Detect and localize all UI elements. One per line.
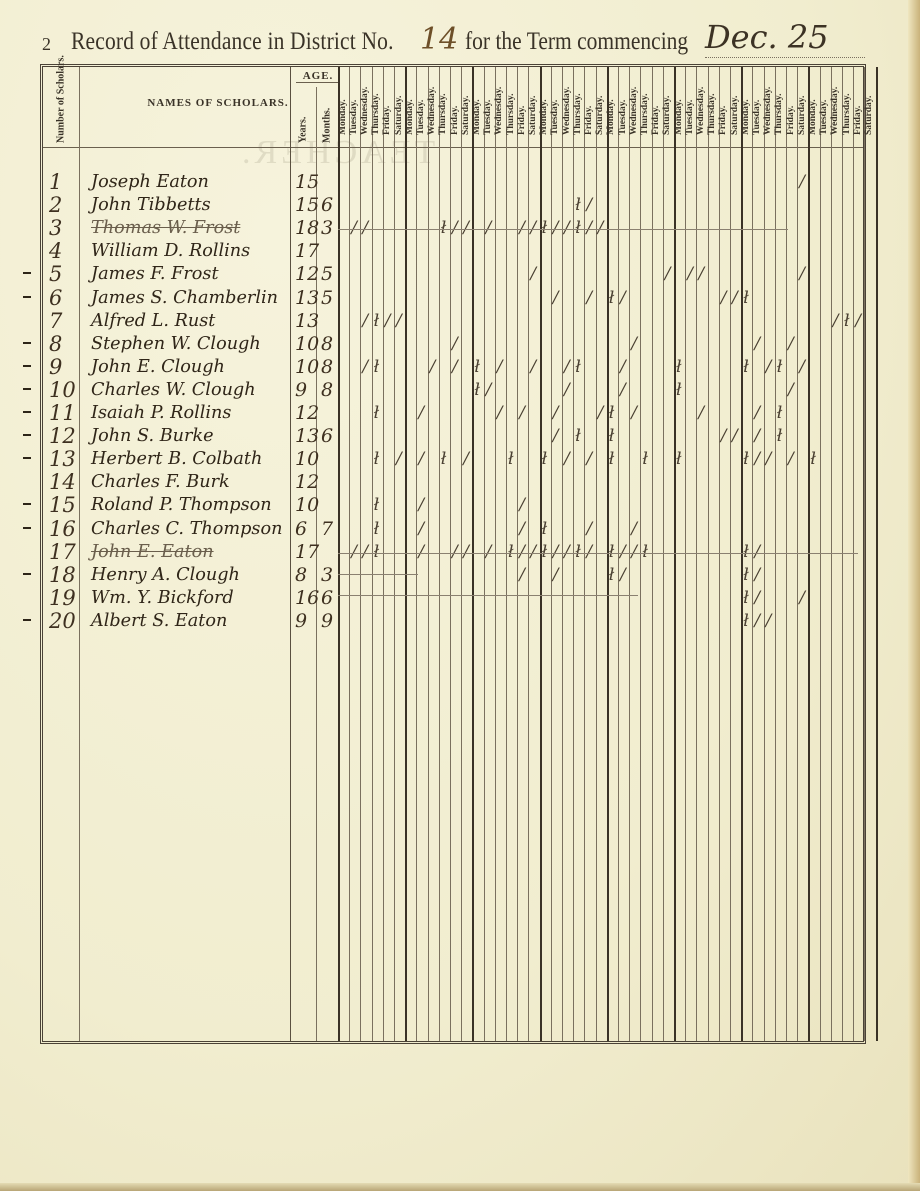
scholar-name: Thomas W. Frost: [91, 217, 287, 239]
day-label: Monday.: [539, 99, 549, 135]
attendance-mark: /: [754, 426, 760, 446]
table-row: 6James S. Chamberlin135: [43, 287, 863, 309]
attendance-mark: /: [463, 542, 469, 562]
attendance-mark: ł: [374, 495, 380, 515]
scholar-name: Roland P. Thompson: [91, 494, 287, 516]
scholar-number: 9: [49, 356, 75, 378]
attendance-mark: /: [833, 311, 839, 331]
day-header: Monday.: [338, 71, 349, 145]
margin-tick: [23, 388, 31, 390]
attendance-mark: ł: [676, 449, 682, 469]
attendance-mark: /: [418, 542, 424, 562]
table-row: 5James F. Frost125: [43, 263, 863, 285]
attendance-mark: ł: [374, 357, 380, 377]
day-label: Wednesday.: [830, 87, 840, 135]
margin-tick: [23, 411, 31, 413]
attendance-mark: ł: [374, 519, 380, 539]
scholar-number: 13: [49, 448, 75, 470]
day-header: Monday.: [808, 71, 819, 145]
attendance-mark: ł: [777, 357, 783, 377]
attendance-mark: ł: [810, 449, 816, 469]
attendance-mark: /: [631, 334, 637, 354]
attendance-mark: ł: [374, 449, 380, 469]
scholar-number: 6: [49, 287, 75, 309]
day-header: Thursday.: [640, 71, 651, 145]
attendance-mark: /: [766, 449, 772, 469]
attendance-mark: /: [586, 288, 592, 308]
attendance-mark: /: [855, 311, 861, 331]
table-row: 1Joseph Eaton15: [43, 171, 863, 193]
scholar-name: William D. Rollins: [91, 240, 287, 262]
age-months: 8: [321, 333, 341, 355]
attendance-mark: /: [553, 565, 559, 585]
attendance-mark: ł: [676, 380, 682, 400]
day-header: Monday.: [472, 71, 483, 145]
attendance-mark: /: [620, 380, 626, 400]
attendance-mark: /: [519, 542, 525, 562]
attendance-mark: /: [486, 218, 492, 238]
age-years: 18: [295, 217, 321, 239]
attendance-mark: /: [553, 542, 559, 562]
attendance-mark: /: [452, 334, 458, 354]
age-years: 9: [295, 610, 321, 632]
attendance-mark: ł: [575, 195, 581, 215]
months-header: Months.: [316, 67, 338, 147]
day-label: Tuesday.: [685, 100, 695, 135]
day-header: Tuesday.: [551, 71, 562, 145]
day-label: Tuesday.: [483, 100, 493, 135]
day-header: Saturday.: [461, 71, 472, 145]
attendance-mark: /: [418, 403, 424, 423]
attendance-mark: ł: [374, 403, 380, 423]
attendance-mark: /: [687, 264, 693, 284]
title-prefix: Record of Attendance in District No.: [71, 28, 394, 56]
day-label: Monday.: [338, 99, 348, 135]
attendance-mark: ł: [508, 449, 514, 469]
attendance-mark: ł: [575, 542, 581, 562]
day-header: Friday.: [517, 71, 528, 145]
day-header: Friday.: [786, 71, 797, 145]
day-divider: [864, 67, 865, 1041]
day-header: Tuesday.: [752, 71, 763, 145]
margin-tick: [23, 527, 31, 529]
margin-tick: [23, 272, 31, 274]
attendance-mark: /: [721, 288, 727, 308]
day-label: Friday.: [718, 106, 728, 135]
age-years: 15: [295, 194, 321, 216]
attendance-mark: /: [799, 588, 805, 608]
day-header: Saturday.: [864, 71, 875, 145]
scholar-number: 1: [49, 171, 75, 193]
day-label: Friday.: [450, 106, 460, 135]
week-divider: [876, 67, 878, 1041]
attendance-mark: ł: [374, 542, 380, 562]
age-months: 5: [321, 287, 341, 309]
page-edge: [908, 0, 920, 1191]
attendance-mark: /: [631, 519, 637, 539]
day-label: Tuesday.: [819, 100, 829, 135]
scholar-name: John E. Clough: [91, 356, 287, 378]
day-label: Friday.: [786, 106, 796, 135]
scholar-number: 17: [49, 541, 75, 563]
table-row: 2John Tibbetts156: [43, 194, 863, 216]
attendance-mark: /: [564, 449, 570, 469]
day-header: Thursday.: [573, 71, 584, 145]
day-label: Wednesday.: [494, 87, 504, 135]
day-header: Monday.: [607, 71, 618, 145]
age-years: 10: [295, 333, 321, 355]
scholar-number: 5: [49, 263, 75, 285]
margin-tick: [23, 619, 31, 621]
scholar-number: 15: [49, 494, 75, 516]
day-label: Saturday.: [595, 96, 605, 135]
age-years: 12: [295, 402, 321, 424]
day-label: Thursday.: [506, 94, 516, 135]
day-label: Saturday.: [528, 96, 538, 135]
attendance-mark: /: [788, 380, 794, 400]
margin-tick: [23, 296, 31, 298]
attendance-mark: ł: [642, 449, 648, 469]
attendance-mark: /: [799, 357, 805, 377]
attendance-mark: /: [754, 542, 760, 562]
attendance-mark: ł: [743, 288, 749, 308]
header-rule: [43, 147, 863, 148]
age-years: 16: [295, 587, 321, 609]
margin-tick: [23, 503, 31, 505]
attendance-mark: /: [362, 357, 368, 377]
day-header: Monday.: [674, 71, 685, 145]
attendance-mark: /: [519, 495, 525, 515]
attendance-mark: /: [519, 218, 525, 238]
age-months: 6: [321, 425, 341, 447]
age-years: 12: [295, 471, 321, 493]
day-label: Friday.: [382, 106, 392, 135]
attendance-mark: /: [788, 449, 794, 469]
attendance-mark: /: [586, 218, 592, 238]
attendance-mark: ł: [743, 542, 749, 562]
age-years: 15: [295, 171, 321, 193]
day-label: Friday.: [517, 106, 527, 135]
table-row: 14Charles F. Burk12: [43, 471, 863, 493]
attendance-mark: /: [754, 449, 760, 469]
day-label: Saturday.: [730, 96, 740, 135]
age-years: 13: [295, 310, 321, 332]
day-header: Wednesday.: [696, 71, 707, 145]
attendance-mark: /: [519, 519, 525, 539]
names-of-scholars-header: NAMES OF SCHOLARS.: [118, 97, 318, 109]
attendance-mark: /: [463, 449, 469, 469]
day-label: Thursday.: [371, 94, 381, 135]
day-label: Thursday.: [774, 94, 784, 135]
attendance-mark: ł: [743, 565, 749, 585]
scholar-number: 4: [49, 240, 75, 262]
attendance-mark: ł: [609, 288, 615, 308]
day-header: Saturday.: [394, 71, 405, 145]
attendance-mark: /: [631, 403, 637, 423]
day-header: Wednesday.: [495, 71, 506, 145]
day-header: Friday.: [383, 71, 394, 145]
day-label: Tuesday.: [550, 100, 560, 135]
day-header: Tuesday.: [618, 71, 629, 145]
attendance-mark: /: [586, 519, 592, 539]
scholar-name: Charles F. Burk: [91, 471, 287, 493]
attendance-mark: /: [396, 311, 402, 331]
day-header: Wednesday.: [629, 71, 640, 145]
attendance-mark: /: [754, 588, 760, 608]
attendance-mark: ł: [609, 449, 615, 469]
day-label: Wednesday.: [562, 87, 572, 135]
age-months: 3: [321, 564, 341, 586]
scholar-number: 19: [49, 587, 75, 609]
attendance-mark: /: [553, 426, 559, 446]
term-commencing-date: Dec. 25: [705, 18, 829, 56]
table-row: 19Wm. Y. Bickford166: [43, 587, 863, 609]
day-label: Monday.: [674, 99, 684, 135]
day-label: Thursday.: [438, 94, 448, 135]
table-row: 7Alfred L. Rust13: [43, 310, 863, 332]
attendance-mark: /: [351, 218, 357, 238]
attendance-mark: /: [631, 542, 637, 562]
day-header: Wednesday.: [360, 71, 371, 145]
attendance-mark: ł: [743, 611, 749, 631]
attendance-mark: /: [766, 611, 772, 631]
scholar-name: Charles C. Thompson: [91, 518, 287, 540]
attendance-mark: /: [754, 611, 760, 631]
page-edge-bottom: [0, 1183, 920, 1191]
day-header: Friday.: [853, 71, 864, 145]
age-months: 3: [321, 217, 341, 239]
day-label: Wednesday.: [427, 87, 437, 135]
scholar-name: John Tibbetts: [91, 194, 287, 216]
age-years: 12: [295, 263, 321, 285]
attendance-mark: /: [564, 357, 570, 377]
pencil-line: [338, 553, 858, 554]
table-row: 18Henry A. Clough83: [43, 564, 863, 586]
attendance-mark: ł: [642, 542, 648, 562]
day-label: Saturday.: [864, 96, 874, 135]
age-years: 6: [295, 518, 321, 540]
scholar-name: Charles W. Clough: [91, 379, 287, 401]
day-header: Saturday.: [528, 71, 539, 145]
pencil-line: [338, 595, 638, 596]
attendance-mark: /: [620, 565, 626, 585]
scholar-name: James S. Chamberlin: [91, 287, 287, 309]
attendance-mark: /: [418, 519, 424, 539]
attendance-mark: ł: [542, 542, 548, 562]
attendance-mark: /: [530, 357, 536, 377]
table-row: 20Albert S. Eaton99: [43, 610, 863, 632]
attendance-mark: /: [452, 542, 458, 562]
attendance-mark: /: [530, 218, 536, 238]
scholar-name: James F. Frost: [91, 263, 287, 285]
attendance-mark: ł: [777, 426, 783, 446]
attendance-mark: ł: [542, 449, 548, 469]
district-number: 14: [420, 22, 458, 57]
scholar-number: 14: [49, 471, 75, 493]
attendance-mark: ł: [474, 380, 480, 400]
age-years: 10: [295, 356, 321, 378]
attendance-mark: /: [788, 334, 794, 354]
attendance-mark: ł: [609, 565, 615, 585]
attendance-mark: /: [497, 357, 503, 377]
attendance-mark: /: [351, 542, 357, 562]
scholar-name: Stephen W. Clough: [91, 333, 287, 355]
day-label: Thursday.: [707, 94, 717, 135]
day-header: Saturday.: [663, 71, 674, 145]
attendance-mark: /: [463, 218, 469, 238]
scholar-number: 11: [49, 402, 75, 424]
day-label: Wednesday.: [629, 87, 639, 135]
attendance-mark: /: [553, 403, 559, 423]
table-row: 10Charles W. Clough98: [43, 379, 863, 401]
attendance-mark: /: [620, 542, 626, 562]
day-label: Tuesday.: [416, 100, 426, 135]
table-row: 12John S. Burke136: [43, 425, 863, 447]
scholar-name: John E. Eaton: [91, 541, 287, 563]
day-label: Monday.: [472, 99, 482, 135]
attendance-mark: ł: [676, 357, 682, 377]
scholar-name: Henry A. Clough: [91, 564, 287, 586]
attendance-mark: ł: [575, 426, 581, 446]
attendance-register-table: Number of Scholars. NAMES OF SCHOLARS. A…: [40, 64, 866, 1044]
scholar-name: Isaiah P. Rollins: [91, 402, 287, 424]
pencil-line: [338, 229, 788, 230]
age-months: 6: [321, 587, 341, 609]
day-label: Tuesday.: [618, 100, 628, 135]
day-label: Thursday.: [640, 94, 650, 135]
attendance-mark: /: [430, 357, 436, 377]
age-years: 9: [295, 379, 321, 401]
attendance-mark: /: [799, 264, 805, 284]
attendance-mark: /: [553, 218, 559, 238]
scholar-number: 8: [49, 333, 75, 355]
day-label: Saturday.: [461, 96, 471, 135]
attendance-mark: /: [598, 403, 604, 423]
day-label: Thursday.: [842, 94, 852, 135]
scholar-number: 2: [49, 194, 75, 216]
attendance-mark: /: [665, 264, 671, 284]
scholar-number: 3: [49, 217, 75, 239]
table-row: 11Isaiah P. Rollins12: [43, 402, 863, 424]
attendance-mark: ł: [743, 357, 749, 377]
scholar-name: John S. Burke: [91, 425, 287, 447]
attendance-mark: /: [754, 403, 760, 423]
day-header: Wednesday.: [831, 71, 842, 145]
attendance-mark: /: [754, 565, 760, 585]
age-months: 8: [321, 356, 341, 378]
page-header: 2 Record of Attendance in District No. 1…: [38, 26, 868, 66]
day-header: Friday.: [450, 71, 461, 145]
age-months: 9: [321, 610, 341, 632]
attendance-mark: /: [721, 426, 727, 446]
attendance-mark: /: [362, 311, 368, 331]
scholar-name: Albert S. Eaton: [91, 610, 287, 632]
day-header: Friday.: [719, 71, 730, 145]
margin-tick: [23, 342, 31, 344]
day-label: Tuesday.: [349, 100, 359, 135]
attendance-mark: /: [754, 334, 760, 354]
day-label: Saturday.: [394, 96, 404, 135]
day-label: Friday.: [853, 106, 863, 135]
scholar-number: 7: [49, 310, 75, 332]
scholar-name: Alfred L. Rust: [91, 310, 287, 332]
title-middle: for the Term commencing: [465, 28, 688, 56]
attendance-mark: /: [553, 288, 559, 308]
age-years: 8: [295, 564, 321, 586]
attendance-mark: /: [396, 449, 402, 469]
attendance-mark: /: [732, 426, 738, 446]
attendance-mark: ł: [609, 403, 615, 423]
scholar-name: Joseph Eaton: [91, 171, 287, 193]
attendance-mark: /: [698, 264, 704, 284]
day-label: Saturday.: [662, 96, 672, 135]
day-label: Tuesday.: [752, 100, 762, 135]
attendance-mark: ł: [743, 449, 749, 469]
attendance-mark: ł: [441, 449, 447, 469]
day-header: Monday.: [405, 71, 416, 145]
age-months: 6: [321, 194, 341, 216]
table-row: 13Herbert B. Colbath10: [43, 448, 863, 470]
scholar-number: 12: [49, 425, 75, 447]
pencil-line: [338, 574, 418, 575]
age-years: 10: [295, 494, 321, 516]
day-header: Tuesday.: [685, 71, 696, 145]
scholar-number: 10: [49, 379, 75, 401]
attendance-mark: ł: [542, 519, 548, 539]
attendance-mark: /: [519, 403, 525, 423]
age-years: 13: [295, 287, 321, 309]
attendance-mark: /: [698, 403, 704, 423]
attendance-mark: /: [598, 218, 604, 238]
attendance-mark: ł: [609, 426, 615, 446]
attendance-mark: /: [486, 380, 492, 400]
table-row: 15Roland P. Thompson10: [43, 494, 863, 516]
attendance-mark: /: [497, 403, 503, 423]
attendance-mark: ł: [844, 311, 850, 331]
attendance-mark: /: [362, 218, 368, 238]
attendance-mark: /: [586, 195, 592, 215]
attendance-mark: /: [362, 542, 368, 562]
years-header: Years.: [290, 67, 316, 147]
attendance-mark: ł: [441, 218, 447, 238]
attendance-mark: ł: [508, 542, 514, 562]
attendance-mark: ł: [474, 357, 480, 377]
scholar-name: Wm. Y. Bickford: [91, 587, 287, 609]
attendance-mark: /: [620, 357, 626, 377]
attendance-mark: /: [586, 542, 592, 562]
attendance-mark: ł: [374, 311, 380, 331]
attendance-mark: /: [620, 288, 626, 308]
day-header: Monday.: [741, 71, 752, 145]
day-header: Thursday.: [506, 71, 517, 145]
attendance-mark: /: [564, 542, 570, 562]
day-label: Friday.: [651, 106, 661, 135]
day-header: Wednesday.: [562, 71, 573, 145]
scholar-name: Herbert B. Colbath: [91, 448, 287, 470]
date-blank-line: [705, 57, 865, 58]
margin-tick: [23, 365, 31, 367]
attendance-mark: /: [564, 218, 570, 238]
attendance-mark: ł: [575, 218, 581, 238]
number-of-scholars-header: Number of Scholars.: [43, 67, 79, 147]
attendance-mark: /: [452, 218, 458, 238]
age-years: 17: [295, 240, 321, 262]
day-header: Thursday.: [439, 71, 450, 145]
age-months: 7: [321, 518, 341, 540]
attendance-mark: /: [766, 357, 772, 377]
day-label: Wednesday.: [763, 87, 773, 135]
attendance-mark: /: [452, 357, 458, 377]
